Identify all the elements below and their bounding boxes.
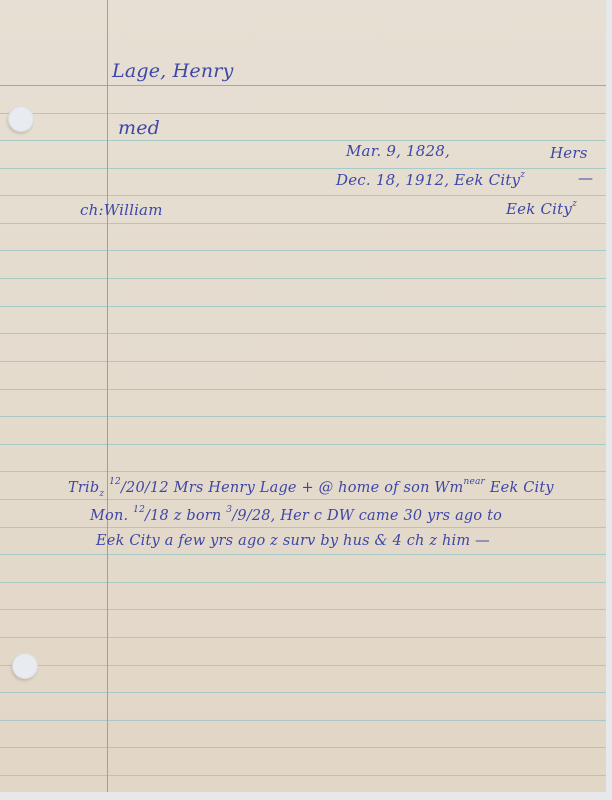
children-label: ch: bbox=[80, 201, 104, 219]
date-sup-2: 12 bbox=[133, 505, 145, 515]
ruled-line bbox=[0, 278, 606, 279]
margin-line bbox=[107, 0, 108, 792]
ruled-line bbox=[0, 168, 606, 169]
born-text: /9/28, Her c DW came 30 yrs ago to bbox=[232, 508, 502, 524]
burial-place: Eek Cityz bbox=[506, 199, 577, 218]
death-mark: — bbox=[578, 169, 593, 187]
note-text: Mrs Henry Lage + @ home of son Wm bbox=[174, 480, 464, 496]
source-mon: Mon. bbox=[90, 508, 128, 524]
note-line-2: Mon. 12/18 z born 3/9/28, Her c DW came … bbox=[90, 505, 502, 524]
ruled-line bbox=[0, 665, 606, 666]
note-text-end: Eek City bbox=[490, 480, 554, 496]
ruled-line bbox=[0, 582, 606, 583]
ruled-line bbox=[0, 113, 606, 114]
ruled-line bbox=[0, 747, 606, 748]
ruled-line bbox=[0, 609, 606, 610]
ruled-line bbox=[0, 140, 606, 141]
ruled-line bbox=[0, 223, 606, 224]
death-suffix: z bbox=[520, 170, 525, 180]
children-names: William bbox=[104, 201, 163, 219]
ruled-line bbox=[0, 775, 606, 776]
entry-name: Lage, Henry bbox=[112, 60, 234, 82]
punch-hole-bottom bbox=[12, 653, 38, 679]
note-line-1: Tribz 12/20/12 Mrs Henry Lage + @ home o… bbox=[68, 477, 554, 499]
death-date: Dec. 18, 1912, Eek Cityz bbox=[336, 170, 525, 189]
children: ch:William bbox=[80, 201, 163, 219]
ruled-line bbox=[0, 306, 606, 307]
note-line-3: Eek City a few yrs ago z surv by hus & 4… bbox=[96, 533, 490, 549]
note-date: /20/12 bbox=[121, 480, 169, 496]
note-date-2: /18 z born bbox=[145, 508, 221, 524]
ruled-line bbox=[0, 527, 606, 528]
ruled-line bbox=[0, 720, 606, 721]
burial-place-text: Eek City bbox=[506, 200, 572, 218]
ruled-line bbox=[0, 637, 606, 638]
ruled-line bbox=[0, 499, 606, 500]
ruled-line bbox=[0, 389, 606, 390]
entry-status: med bbox=[118, 117, 160, 139]
ruled-line bbox=[0, 692, 606, 693]
burial-suffix: z bbox=[572, 199, 577, 209]
birth-place: Hers bbox=[550, 144, 588, 162]
ruled-line bbox=[0, 554, 606, 555]
source-trib: Trib bbox=[68, 480, 99, 496]
notebook-page: Lage, Henry med Mar. 9, 1828, Hers Dec. … bbox=[0, 0, 606, 792]
super-note: near bbox=[463, 477, 485, 487]
date-sup: 12 bbox=[109, 477, 121, 487]
birth-date: Mar. 9, 1828, bbox=[346, 142, 450, 160]
ruled-line bbox=[0, 416, 606, 417]
death-date-text: Dec. 18, 1912, Eek City bbox=[336, 171, 520, 189]
ruled-line bbox=[0, 333, 606, 334]
sub-z: z bbox=[99, 489, 104, 499]
ruled-line bbox=[0, 250, 606, 251]
ruled-line bbox=[0, 444, 606, 445]
ruled-line bbox=[0, 195, 606, 196]
ruled-line bbox=[0, 471, 606, 472]
punch-hole-top bbox=[8, 106, 34, 132]
header-rule bbox=[0, 85, 606, 86]
ruled-line bbox=[0, 361, 606, 362]
